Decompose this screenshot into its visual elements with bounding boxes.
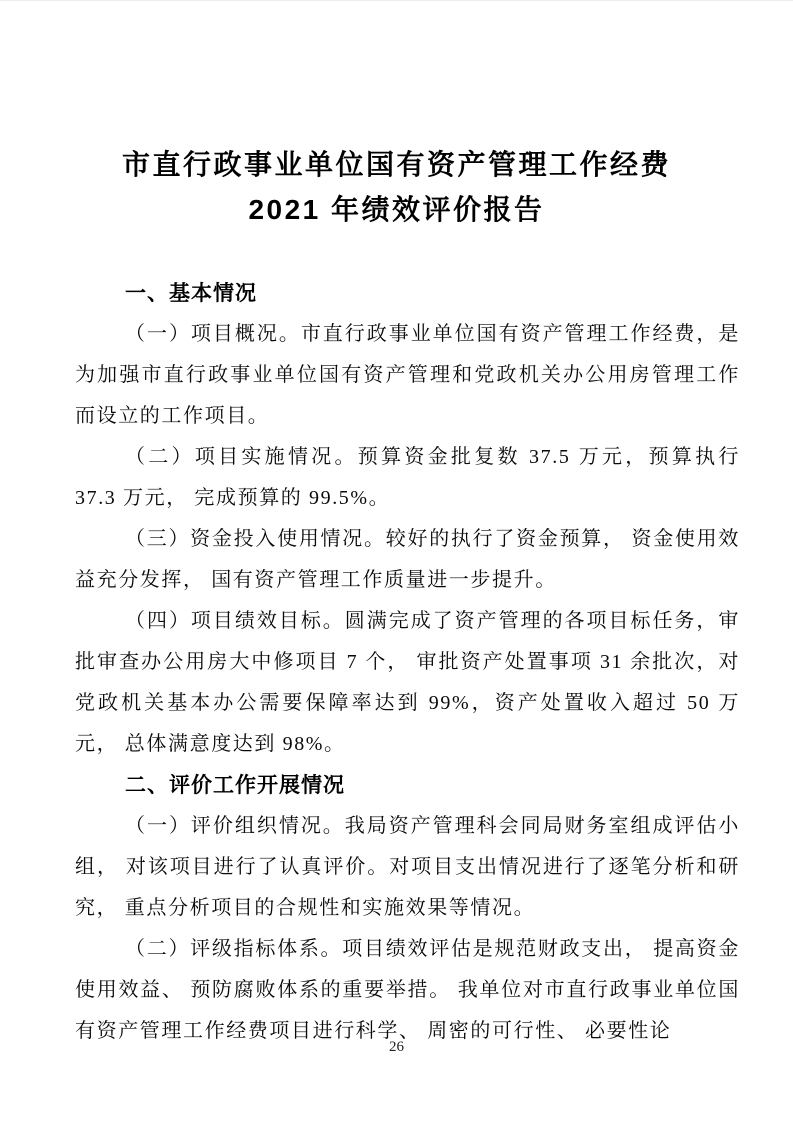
paragraph-project-implementation: （二）项目实施情况。预算资金批复数 37.5 万元，预算执行 37.3 万元， … xyxy=(75,437,740,519)
section-heading-basic-situation: 一、基本情况 xyxy=(75,273,740,314)
document-title: 市直行政事业单位国有资产管理工作经费 2021 年绩效评价报告 xyxy=(0,1,793,232)
section-heading-evaluation-work: 二、评价工作开展情况 xyxy=(75,765,740,806)
page-number: 26 xyxy=(0,1037,793,1057)
paragraph-fund-usage: （三）资金投入使用情况。较好的执行了资金预算， 资金使用效益充分发挥， 国有资产… xyxy=(75,519,740,601)
paragraph-rating-index-system: （二）评级指标体系。项目绩效评估是规范财政支出， 提高资金使用效益、 预防腐败体… xyxy=(75,929,740,1052)
paragraph-evaluation-organization: （一）评价组织情况。我局资产管理科会同局财务室组成评估小组， 对该项目进行了认真… xyxy=(75,806,740,929)
document-title-line-1: 市直行政事业单位国有资产管理工作经费 xyxy=(0,142,793,187)
paragraph-project-overview: （一）项目概况。市直行政事业单位国有资产管理工作经费，是为加强市直行政事业单位国… xyxy=(75,314,740,437)
document-page: 市直行政事业单位国有资产管理工作经费 2021 年绩效评价报告 一、基本情况 （… xyxy=(0,0,793,1122)
document-body: 一、基本情况 （一）项目概况。市直行政事业单位国有资产管理工作经费，是为加强市直… xyxy=(75,273,740,1052)
paragraph-performance-goals: （四）项目绩效目标。圆满完成了资产管理的各项目标任务，审批审查办公用房大中修项目… xyxy=(75,601,740,765)
document-title-line-2: 2021 年绩效评价报告 xyxy=(0,187,793,232)
